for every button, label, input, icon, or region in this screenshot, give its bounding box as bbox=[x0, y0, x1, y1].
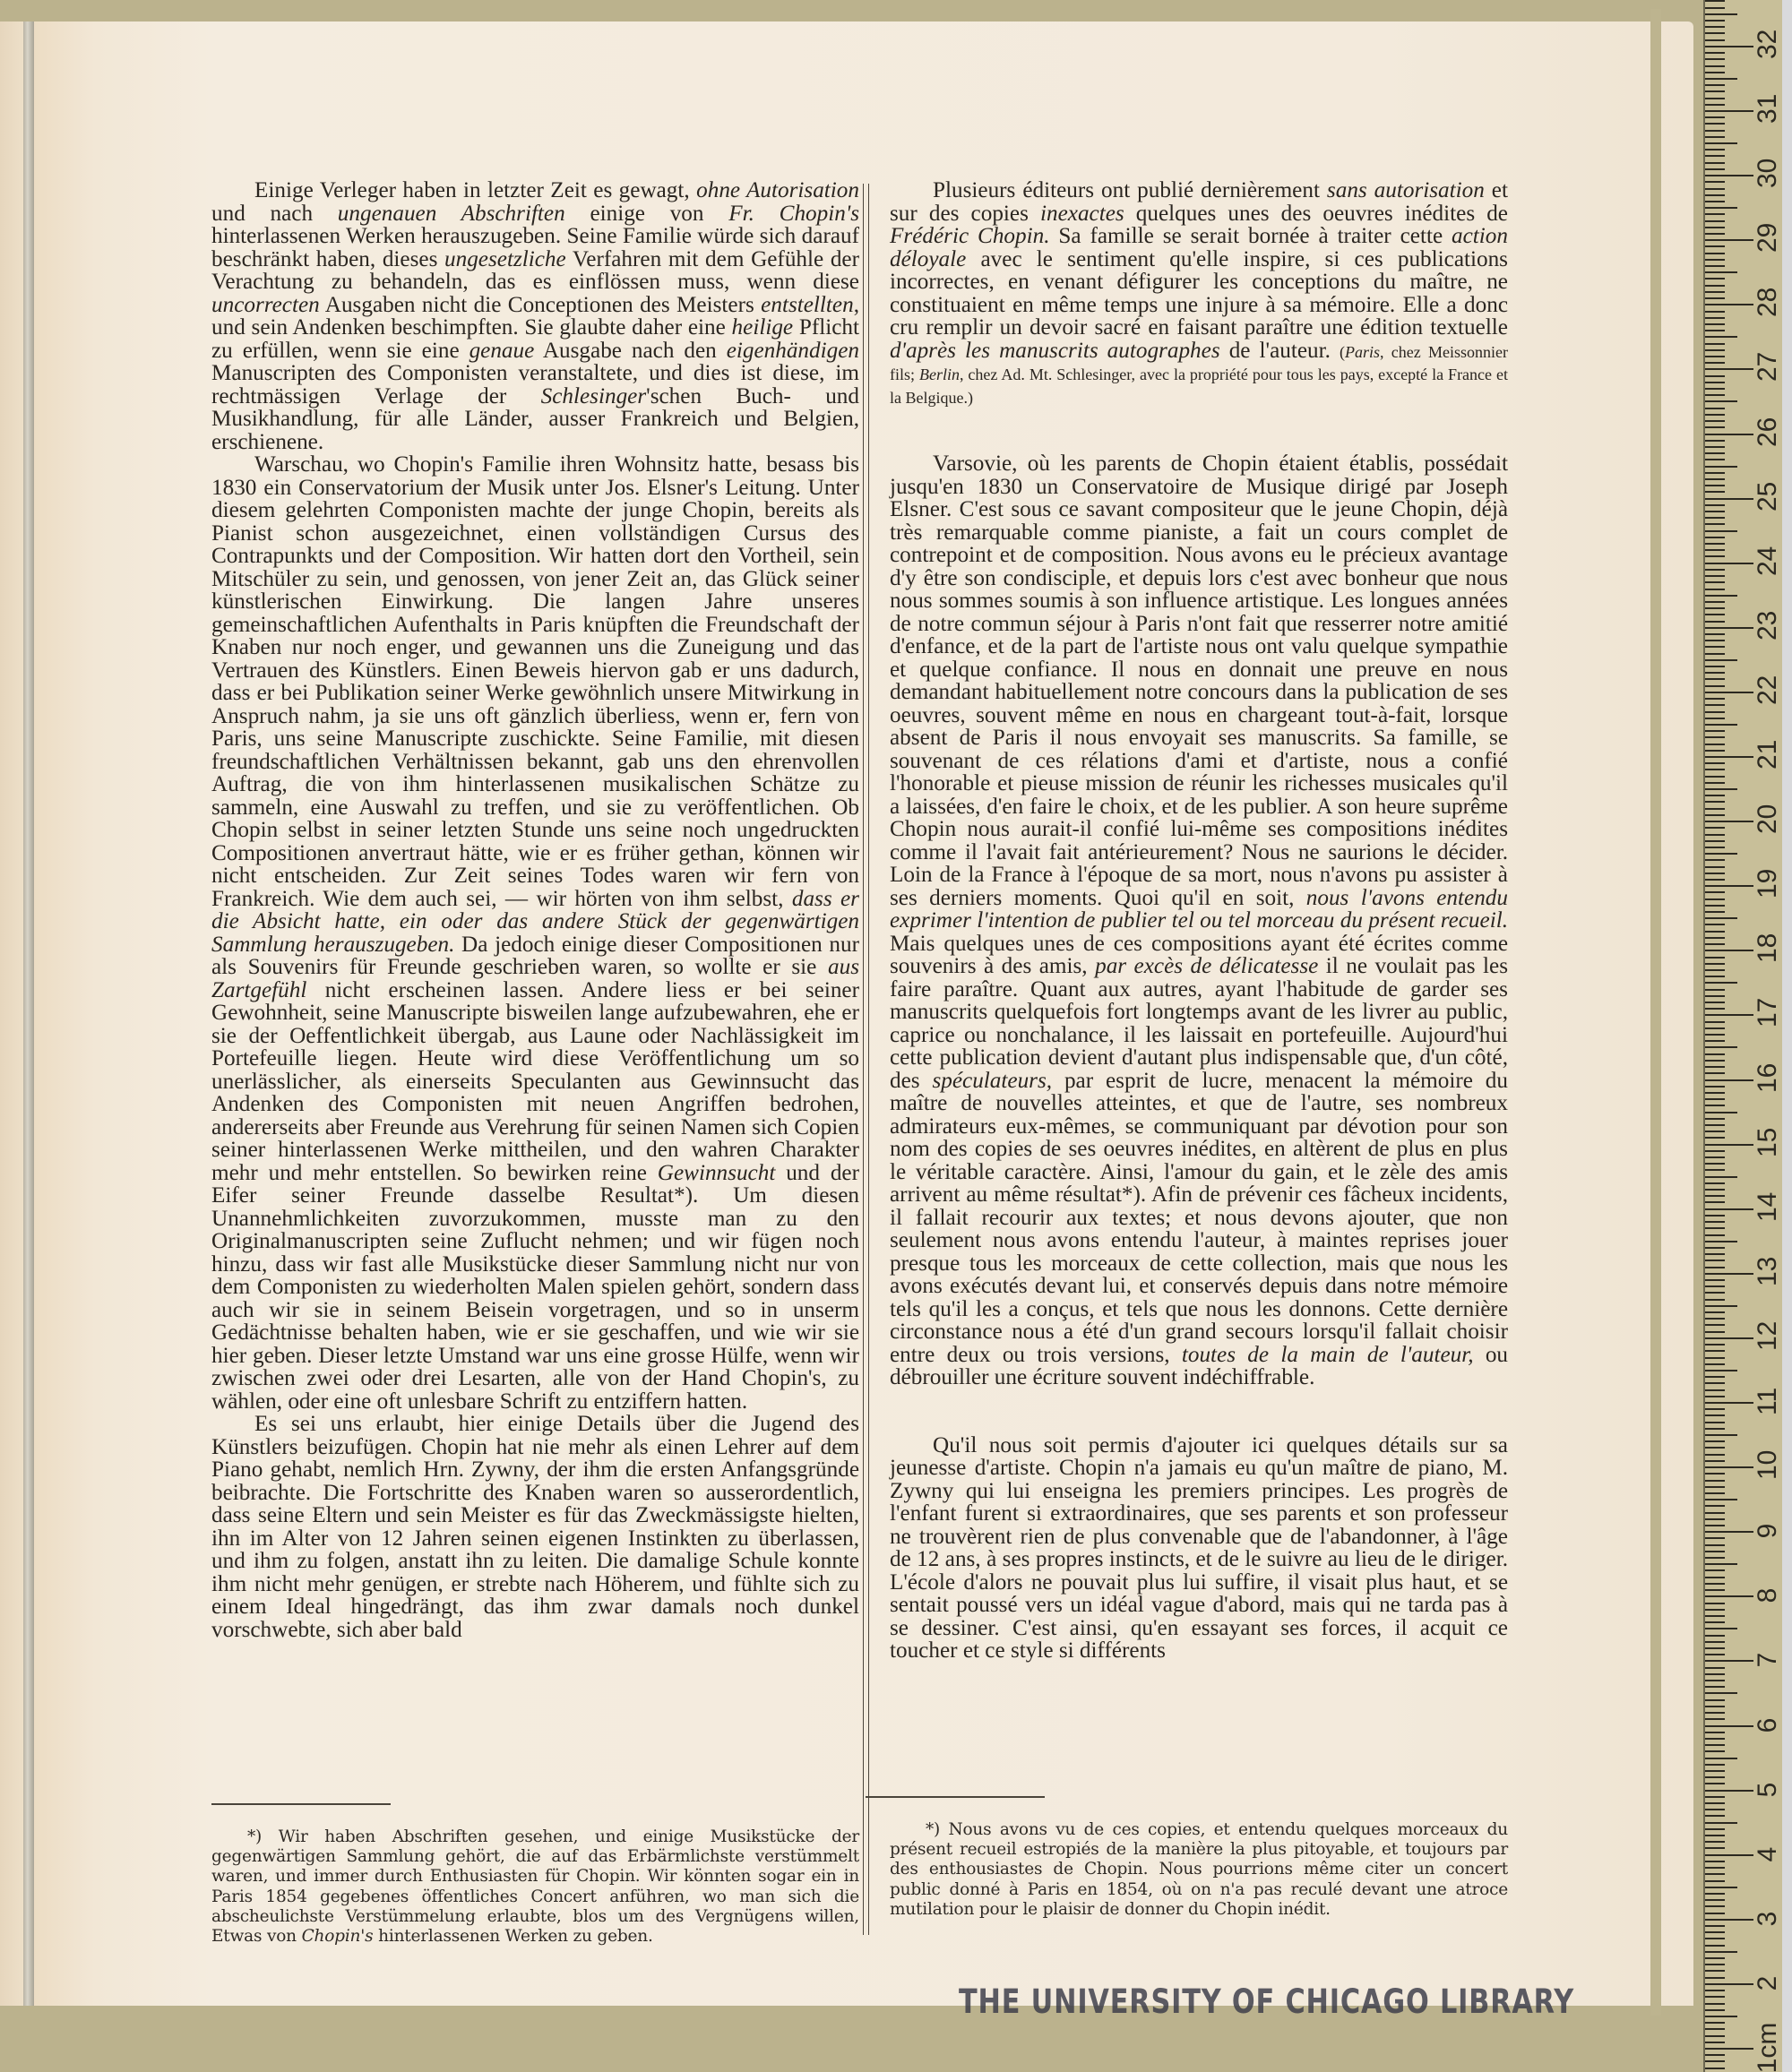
ruler-cm-label: 18 bbox=[1754, 936, 1781, 963]
ruler-tick bbox=[1705, 1363, 1725, 1365]
ruler-tick bbox=[1705, 400, 1737, 402]
ruler-tick bbox=[1705, 368, 1753, 370]
ruler-tick bbox=[1705, 782, 1725, 784]
ruler-tick bbox=[1705, 0, 1725, 2]
ruler-cm-label: 7 bbox=[1754, 1646, 1781, 1673]
ruler-tick bbox=[1705, 1569, 1725, 1571]
paragraph-gap bbox=[890, 408, 1508, 452]
italic-text: heilige bbox=[732, 315, 794, 340]
ruler-tick bbox=[1705, 1014, 1753, 1016]
ruler-tick bbox=[1705, 575, 1725, 577]
ruler-tick bbox=[1705, 1603, 1725, 1604]
ruler-tick bbox=[1705, 1776, 1725, 1778]
ruler-tick bbox=[1705, 375, 1725, 377]
binding-gutter bbox=[23, 21, 34, 2006]
ruler-tick bbox=[1705, 1621, 1725, 1623]
ruler-tick bbox=[1705, 549, 1725, 551]
french-footnote-text: *) Nous avons vu de ces copies, et enten… bbox=[890, 1820, 1508, 1920]
ruler-tick bbox=[1705, 233, 1725, 235]
ruler-tick bbox=[1705, 1635, 1725, 1637]
ruler-tick bbox=[1705, 711, 1725, 713]
ruler-tick bbox=[1705, 13, 1737, 15]
ruler-tick bbox=[1705, 466, 1737, 468]
french-paragraph: Qu'il nous soit permis d'ajouter ici que… bbox=[890, 1434, 1508, 1663]
ruler-tick bbox=[1705, 123, 1725, 125]
ruler-tick bbox=[1705, 2016, 1737, 2017]
ruler-tick bbox=[1705, 685, 1725, 687]
ruler-tick bbox=[1705, 2003, 1725, 2005]
ruler-unit-label: 1cm bbox=[1754, 2021, 1781, 2072]
ruler-tick bbox=[1705, 2035, 1725, 2037]
ruler-tick bbox=[1705, 1725, 1753, 1727]
ruler-tick bbox=[1705, 1706, 1725, 1707]
ruler-cm-label: 22 bbox=[1754, 678, 1781, 705]
ruler-tick bbox=[1705, 1841, 1725, 1843]
ruler-tick bbox=[1705, 931, 1725, 933]
ruler-tick bbox=[1705, 2054, 1725, 2056]
ruler-tick bbox=[1705, 1518, 1725, 1520]
ruler-cm-label: 13 bbox=[1754, 1260, 1781, 1286]
ruler-tick bbox=[1705, 271, 1737, 273]
ruler-tick bbox=[1705, 1215, 1725, 1217]
ruler-tick bbox=[1705, 1008, 1725, 1010]
ruler-tick bbox=[1705, 26, 1725, 28]
ruler-tick bbox=[1705, 110, 1753, 112]
ruler-tick bbox=[1705, 1337, 1753, 1339]
ruler-tick bbox=[1705, 750, 1725, 752]
ruler-tick bbox=[1705, 459, 1725, 460]
ruler-tick bbox=[1705, 1324, 1725, 1326]
ruler-tick bbox=[1705, 2042, 1725, 2043]
text-run: avec le sentiment qu'elle inspire, si ce… bbox=[890, 247, 1508, 340]
ruler-tick bbox=[1705, 1854, 1753, 1856]
ruler-tick bbox=[1705, 1647, 1725, 1649]
german-paragraph: Warschau, wo Chopin's Familie ihren Wohn… bbox=[211, 453, 859, 1413]
ruler-tick bbox=[1705, 1002, 1725, 1003]
ruler-tick bbox=[1705, 692, 1753, 693]
ruler-tick bbox=[1705, 769, 1725, 770]
ruler-tick bbox=[1705, 1176, 1737, 1178]
ruler-tick bbox=[1705, 1589, 1725, 1591]
ruler-tick bbox=[1705, 1486, 1725, 1488]
ruler-tick bbox=[1705, 213, 1725, 215]
italic-text: sans autorisation bbox=[1327, 178, 1485, 202]
ruler-tick bbox=[1705, 762, 1725, 764]
ruler-tick bbox=[1705, 181, 1725, 183]
ruler-tick bbox=[1705, 311, 1725, 313]
ruler-tick bbox=[1705, 621, 1725, 623]
text-run: *) Nous avons vu de ces copies, et enten… bbox=[890, 1820, 1508, 1919]
ruler-tick bbox=[1705, 1977, 1725, 1979]
ruler-tick bbox=[1705, 2048, 1753, 2050]
ruler-tick bbox=[1705, 1790, 1753, 1792]
ruler-cm-label: 28 bbox=[1754, 290, 1781, 317]
ruler-tick bbox=[1705, 245, 1725, 247]
ruler-tick bbox=[1705, 1615, 1725, 1617]
ruler-tick bbox=[1705, 924, 1725, 925]
ruler-tick bbox=[1705, 485, 1725, 486]
ruler-tick bbox=[1705, 1053, 1725, 1055]
ruler-tick bbox=[1705, 1150, 1725, 1152]
ruler-cm-label: 19 bbox=[1754, 872, 1781, 898]
ruler-tick bbox=[1705, 1544, 1725, 1546]
ruler-cm-label: 9 bbox=[1754, 1517, 1781, 1544]
ruler-tick bbox=[1705, 957, 1725, 959]
page-right-edge bbox=[1650, 9, 1661, 2016]
ruler-tick bbox=[1705, 1770, 1725, 1772]
ruler-tick bbox=[1705, 1732, 1725, 1733]
text-run: Ausgaben nicht die Conceptionen des Meis… bbox=[320, 293, 761, 317]
ruler-tick bbox=[1705, 498, 1753, 500]
ruler-tick bbox=[1705, 1227, 1725, 1229]
ruler-cm-label: 11 bbox=[1754, 1388, 1781, 1415]
ruler-tick bbox=[1705, 278, 1725, 279]
ruler-tick bbox=[1705, 523, 1725, 525]
ruler-tick bbox=[1705, 891, 1725, 893]
ruler-tick bbox=[1705, 724, 1737, 726]
ruler-tick bbox=[1705, 1641, 1725, 1643]
text-run: Varsovie, où les parents de Chopin étaie… bbox=[890, 451, 1508, 910]
italic-text: toutes de la main de l'auteur, bbox=[1182, 1343, 1474, 1367]
ruler-tick bbox=[1705, 194, 1725, 196]
italic-text: entstellten bbox=[761, 293, 854, 317]
italic-text: par excès de délicatesse bbox=[1095, 954, 1318, 978]
ruler-tick bbox=[1705, 989, 1725, 991]
ruler-tick bbox=[1705, 2068, 1725, 2069]
ruler-tick bbox=[1705, 388, 1725, 390]
ruler-tick bbox=[1705, 1970, 1725, 1972]
ruler-tick bbox=[1705, 78, 1737, 80]
italic-text: spéculateurs, bbox=[932, 1069, 1052, 1093]
ruler-tick bbox=[1705, 1131, 1725, 1132]
ruler-tick bbox=[1705, 1783, 1725, 1784]
ruler-tick bbox=[1705, 969, 1725, 971]
ruler-tick bbox=[1705, 2009, 1725, 2011]
ruler-cm-label: 20 bbox=[1754, 807, 1781, 834]
ruler-tick bbox=[1705, 1505, 1725, 1507]
ruler-tick bbox=[1705, 72, 1725, 73]
ruler-tick bbox=[1705, 1847, 1725, 1849]
ruler-tick bbox=[1705, 1499, 1737, 1500]
ruler-tick bbox=[1705, 1557, 1725, 1559]
ruler-tick bbox=[1705, 446, 1725, 448]
ruler-cm-label: 26 bbox=[1754, 420, 1781, 447]
ruler-tick bbox=[1705, 1460, 1725, 1462]
ruler-tick bbox=[1705, 394, 1725, 396]
italic-text: eigenhändigen bbox=[727, 339, 859, 363]
ruler-tick bbox=[1705, 995, 1725, 997]
ruler-tick bbox=[1705, 1660, 1753, 1662]
ruler-tick bbox=[1705, 1758, 1737, 1759]
ruler-tick bbox=[1705, 175, 1753, 176]
german-footnote: *) Wir haben Abschriften gesehen, und ei… bbox=[211, 1827, 859, 1947]
ruler-tick bbox=[1705, 788, 1737, 790]
ruler-tick bbox=[1705, 104, 1725, 106]
ruler-tick bbox=[1705, 563, 1753, 564]
italic-text: Frédéric Chopin. bbox=[890, 224, 1050, 248]
ruler-tick bbox=[1705, 1796, 1725, 1798]
german-paragraph: Es sei uns erlaubt, hier einige Details … bbox=[211, 1413, 859, 1641]
italic-text: ohne Autorisation bbox=[696, 178, 859, 202]
ruler-tick bbox=[1705, 188, 1725, 190]
italic-text: Gewinnsucht bbox=[658, 1161, 776, 1185]
ruler-tick bbox=[1705, 1318, 1725, 1320]
text-run: einige von bbox=[565, 202, 729, 226]
ruler-tick bbox=[1705, 1092, 1725, 1094]
ruler-tick bbox=[1705, 426, 1725, 428]
ruler-cm-label: 27 bbox=[1754, 355, 1781, 382]
ruler-tick bbox=[1705, 504, 1725, 506]
ruler-tick bbox=[1705, 116, 1725, 118]
ruler-tick bbox=[1705, 330, 1725, 331]
ruler-tick bbox=[1705, 736, 1725, 738]
ruler-tick bbox=[1705, 1473, 1725, 1474]
ruler-tick bbox=[1705, 808, 1725, 810]
ruler-tick bbox=[1705, 472, 1725, 474]
german-footnote-text: *) Wir haben Abschriften gesehen, und ei… bbox=[211, 1827, 859, 1947]
text-run: de l'auteur. bbox=[1220, 339, 1340, 363]
ruler-tick bbox=[1705, 589, 1725, 590]
ruler-tick bbox=[1705, 859, 1725, 861]
text-run: Ausgabe nach den bbox=[534, 339, 726, 363]
ruler-tick bbox=[1705, 911, 1725, 913]
ruler-tick bbox=[1705, 1201, 1725, 1203]
ruler-tick bbox=[1705, 336, 1737, 338]
ruler-tick bbox=[1705, 356, 1725, 357]
ruler-tick bbox=[1705, 1905, 1725, 1907]
french-intro-text: Plusieurs éditeurs ont publié dernièreme… bbox=[890, 178, 1508, 363]
ruler-tick bbox=[1705, 1182, 1725, 1184]
italic-text: Schlesinger bbox=[541, 384, 647, 408]
text-run: Es sei uns erlaubt, hier einige Details … bbox=[211, 1412, 859, 1642]
ruler-tick bbox=[1705, 517, 1725, 519]
ruler-tick bbox=[1705, 1492, 1725, 1494]
text-run: Sa famille se serait bornée à traiter ce… bbox=[1050, 224, 1452, 248]
ruler-tick bbox=[1705, 1802, 1725, 1804]
ruler-tick bbox=[1705, 1531, 1753, 1533]
ruler-cm-label: 31 bbox=[1754, 97, 1781, 124]
ruler-tick bbox=[1705, 730, 1725, 732]
ruler-tick bbox=[1705, 1434, 1737, 1436]
ruler-tick bbox=[1705, 1525, 1725, 1526]
ruler-cm-label: 2 bbox=[1754, 1970, 1781, 1997]
ruler-tick bbox=[1705, 1079, 1753, 1081]
ruler-tick bbox=[1705, 1577, 1725, 1578]
ruler-tick bbox=[1705, 162, 1725, 164]
ruler-tick bbox=[1705, 1609, 1725, 1611]
ruler-cm-label: 24 bbox=[1754, 549, 1781, 576]
ruler-tick bbox=[1705, 718, 1725, 719]
ruler-tick bbox=[1705, 653, 1725, 655]
ruler-tick bbox=[1705, 1983, 1753, 1985]
ruler-tick bbox=[1705, 317, 1725, 319]
footnote-rule-right bbox=[866, 1796, 1045, 1798]
ruler-tick bbox=[1705, 879, 1725, 881]
ruler-tick bbox=[1705, 814, 1725, 816]
ruler-tick bbox=[1705, 1098, 1725, 1100]
ruler-cm-label: 16 bbox=[1754, 1066, 1781, 1093]
ruler-cm-label: 23 bbox=[1754, 614, 1781, 641]
ruler-tick bbox=[1705, 847, 1725, 848]
ruler-tick bbox=[1705, 1887, 1737, 1888]
ruler-tick bbox=[1705, 1454, 1725, 1456]
library-stamp: THE UNIVERSITY OF CHICAGO LIBRARY bbox=[959, 1982, 1574, 2021]
ruler-tick bbox=[1705, 1311, 1725, 1313]
ruler-cm-label: 17 bbox=[1754, 1001, 1781, 1027]
ruler-tick bbox=[1705, 1027, 1725, 1029]
ruler-tick bbox=[1705, 1873, 1725, 1875]
ruler-tick bbox=[1705, 885, 1753, 887]
italic-text: ungesetzliche bbox=[444, 247, 566, 271]
ruler-tick bbox=[1705, 149, 1725, 150]
ruler-tick bbox=[1705, 265, 1725, 267]
ruler-tick bbox=[1705, 408, 1725, 409]
ruler-tick bbox=[1705, 1060, 1725, 1062]
ruler-tick bbox=[1705, 756, 1753, 758]
ruler-tick bbox=[1705, 343, 1725, 345]
ruler-tick bbox=[1705, 1112, 1737, 1113]
ruler-tick bbox=[1705, 1899, 1725, 1901]
ruler-cm-label: 15 bbox=[1754, 1131, 1781, 1157]
text-run: nicht erscheinen lassen. Andere liess er… bbox=[211, 978, 859, 1185]
ruler-tick bbox=[1705, 414, 1725, 416]
ruler-tick bbox=[1705, 1447, 1725, 1449]
ruler-tick bbox=[1705, 52, 1725, 54]
ruler-tick bbox=[1705, 1040, 1725, 1042]
ruler-tick bbox=[1705, 168, 1725, 170]
ruler-tick bbox=[1705, 1750, 1725, 1752]
ruler-tick bbox=[1705, 478, 1725, 480]
ruler-cm-label: 10 bbox=[1754, 1453, 1781, 1480]
ruler-tick bbox=[1705, 1247, 1725, 1249]
ruler-tick bbox=[1705, 1331, 1725, 1333]
ruler-tick bbox=[1705, 1951, 1737, 1953]
ruler-tick bbox=[1705, 1628, 1737, 1629]
ruler-tick bbox=[1705, 84, 1725, 86]
ruler-cm-label: 21 bbox=[1754, 743, 1781, 769]
ruler-tick bbox=[1705, 1867, 1725, 1869]
ruler-tick bbox=[1705, 1537, 1725, 1539]
ruler-tick bbox=[1705, 39, 1725, 41]
ruler-tick bbox=[1705, 227, 1725, 228]
ruler-tick bbox=[1705, 98, 1725, 99]
ruler-tick bbox=[1705, 58, 1725, 60]
italic-text: Chopin's bbox=[302, 1927, 374, 1946]
ruler-tick bbox=[1705, 291, 1725, 293]
french-paragraph: Plusieurs éditeurs ont publié dernièreme… bbox=[890, 179, 1508, 408]
ruler-tick bbox=[1705, 20, 1725, 21]
ruler-tick bbox=[1705, 285, 1725, 287]
ruler-tick bbox=[1705, 32, 1725, 34]
ruler-tick bbox=[1705, 1815, 1725, 1817]
ruler-tick bbox=[1705, 1718, 1725, 1720]
ruler-tick bbox=[1705, 1744, 1725, 1746]
ruler-tick bbox=[1705, 1764, 1725, 1766]
ruler-tick bbox=[1705, 1699, 1725, 1701]
ruler-tick bbox=[1705, 595, 1737, 597]
ruler-tick bbox=[1705, 659, 1737, 661]
ruler-tick bbox=[1705, 1144, 1753, 1146]
ruler-tick bbox=[1705, 220, 1725, 222]
ruler-tick bbox=[1705, 1738, 1725, 1740]
italic-text: inexactes bbox=[1040, 202, 1124, 226]
ruler-tick bbox=[1705, 1925, 1725, 1927]
ruler-tick bbox=[1705, 382, 1725, 383]
ruler-tick bbox=[1705, 537, 1725, 538]
ruler-tick bbox=[1705, 1292, 1725, 1294]
ruler-tick bbox=[1705, 1034, 1725, 1036]
ruler-tick bbox=[1705, 1692, 1737, 1694]
ruler-tick bbox=[1705, 349, 1725, 351]
ruler-tick bbox=[1705, 1389, 1725, 1391]
ruler-tick bbox=[1705, 1046, 1737, 1048]
ruler-tick bbox=[1705, 420, 1725, 422]
ruler-tick bbox=[1705, 678, 1725, 680]
french-paragraph: Varsovie, où les parents de Chopin étaie… bbox=[890, 452, 1508, 1389]
ruler-tick bbox=[1705, 1919, 1753, 1921]
ruler-tick bbox=[1705, 1376, 1725, 1378]
ruler-tick bbox=[1705, 1880, 1725, 1882]
german-paragraph: Einige Verleger haben in letzter Zeit es… bbox=[211, 179, 859, 453]
ruler-cm-label: 29 bbox=[1754, 226, 1781, 253]
ruler-tick bbox=[1705, 1357, 1725, 1359]
ruler-tick bbox=[1705, 1938, 1725, 1939]
ruler-tick bbox=[1705, 1350, 1725, 1352]
italic-text: ungenauen Abschriften bbox=[338, 202, 565, 226]
ruler-tick bbox=[1705, 1990, 1725, 1991]
ruler-tick bbox=[1705, 1408, 1725, 1410]
ruler-tick bbox=[1705, 569, 1725, 571]
ruler-tick bbox=[1705, 130, 1725, 132]
ruler-tick bbox=[1705, 1344, 1725, 1346]
text-run: Warschau, wo Chopin's Familie ihren Wohn… bbox=[211, 452, 859, 911]
ruler-tick bbox=[1705, 672, 1725, 674]
ruler-tick bbox=[1705, 555, 1725, 557]
ruler-cm-label: 8 bbox=[1754, 1582, 1781, 1609]
ruler-tick bbox=[1705, 7, 1725, 9]
ruler-tick bbox=[1705, 1370, 1737, 1371]
ruler-tick bbox=[1705, 1305, 1737, 1307]
ruler-tick bbox=[1705, 1402, 1753, 1404]
ruler-tick bbox=[1705, 1996, 1725, 1998]
ruler-tick bbox=[1705, 1595, 1753, 1597]
ruler-cm-label: 32 bbox=[1754, 32, 1781, 59]
ruler-tick bbox=[1705, 1137, 1725, 1139]
ruler-tick bbox=[1705, 963, 1725, 965]
ruler-tick bbox=[1705, 1957, 1725, 1959]
ruler-tick bbox=[1705, 704, 1725, 706]
italic-text: Paris bbox=[1345, 343, 1380, 361]
ruler-tick bbox=[1705, 614, 1725, 615]
ruler-tick bbox=[1705, 1241, 1737, 1242]
ruler-tick bbox=[1705, 1680, 1725, 1681]
ruler-tick bbox=[1705, 640, 1725, 641]
ruler-tick bbox=[1705, 1835, 1725, 1836]
ruler-tick bbox=[1705, 1809, 1725, 1810]
ruler-tick bbox=[1705, 239, 1753, 241]
ruler-tick bbox=[1705, 1893, 1725, 1895]
ruler-tick bbox=[1705, 905, 1725, 907]
ruler-tick bbox=[1705, 1234, 1725, 1236]
column-divider bbox=[863, 184, 869, 1935]
ruler-tick bbox=[1705, 201, 1725, 202]
ruler-tick bbox=[1705, 1945, 1725, 1947]
ruler-tick bbox=[1705, 1422, 1725, 1423]
ruler-tick bbox=[1705, 2060, 1725, 2062]
french-column: Plusieurs éditeurs ont publié dernièreme… bbox=[890, 179, 1508, 1663]
text-run: Qu'il nous soit permis d'ajouter ici que… bbox=[890, 1433, 1508, 1664]
ruler-tick bbox=[1705, 1086, 1725, 1088]
